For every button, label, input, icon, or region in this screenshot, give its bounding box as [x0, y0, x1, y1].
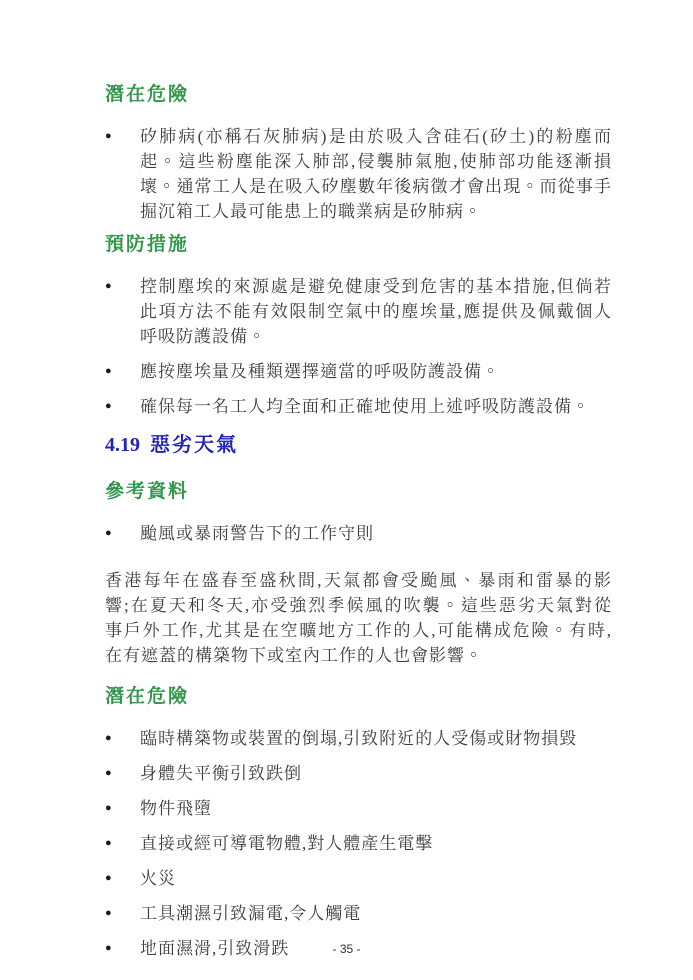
text-line: 物件飛墮	[140, 796, 612, 821]
list-item: ● 直接或經可導電物體,對人體產生電擊	[105, 831, 612, 856]
chapter-number: 4.19	[105, 434, 140, 456]
list-item: ● 矽肺病(亦稱石灰肺病)是由於吸入含硅石(矽土)的粉塵而 起。這些粉塵能深入肺…	[105, 124, 612, 224]
text-line: 事戶外工作,尤其是在空曠地方工作的人,可能構成危險。有時,	[105, 618, 612, 643]
text-line: 工具潮濕引致漏電,令人觸電	[140, 901, 612, 926]
section-heading-potential-hazards-2: 潛在危險	[105, 686, 612, 708]
body-paragraph: 香港每年在盛春至盛秋間,天氣都會受颱風、暴雨和雷暴的影 響;在夏天和冬天,亦受強…	[105, 568, 612, 668]
section-heading-potential-hazards-1: 潛在危險	[105, 84, 612, 106]
chapter-heading-adverse-weather: 4.19惡劣天氣	[105, 433, 612, 457]
bullet-icon: ●	[105, 394, 140, 419]
list-item-text: 火災	[140, 866, 612, 891]
text-line: 火災	[140, 866, 612, 891]
list-item-text: 矽肺病(亦稱石灰肺病)是由於吸入含硅石(矽土)的粉塵而 起。這些粉塵能深入肺部,…	[140, 124, 612, 224]
list-item-text: 物件飛墮	[140, 796, 612, 821]
section-heading-preventive-measures: 預防措施	[105, 234, 612, 256]
text-line: 此項方法不能有效限制空氣中的塵埃量,應提供及佩戴個人	[140, 299, 612, 324]
list-item: ● 颱風或暴雨警告下的工作守則	[105, 521, 612, 546]
text-line: 呼吸防護設備。	[140, 324, 612, 349]
text-line: 直接或經可導電物體,對人體產生電擊	[140, 831, 612, 856]
list-item-text: 颱風或暴雨警告下的工作守則	[140, 521, 612, 546]
text-line: 起。這些粉塵能深入肺部,侵襲肺氣胞,使肺部功能逐漸損	[140, 149, 612, 174]
list-item-text: 臨時構築物或裝置的倒塌,引致附近的人受傷或財物損毀	[140, 726, 612, 751]
list-item-text: 工具潮濕引致漏電,令人觸電	[140, 901, 612, 926]
list-item-text: 控制塵埃的來源處是避免健康受到危害的基本措施,但倘若 此項方法不能有效限制空氣中…	[140, 274, 612, 349]
bullet-icon: ●	[105, 726, 140, 751]
bullet-icon: ●	[105, 124, 140, 224]
text-line: 確保每一名工人均全面和正確地使用上述呼吸防護設備。	[140, 394, 612, 419]
text-line: 應按塵埃量及種類選擇適當的呼吸防護設備。	[140, 359, 612, 384]
section-heading-reference-materials: 參考資料	[105, 481, 612, 503]
list-item: ● 工具潮濕引致漏電,令人觸電	[105, 901, 612, 926]
list-item-text: 應按塵埃量及種類選擇適當的呼吸防護設備。	[140, 359, 612, 384]
bullet-icon: ●	[105, 866, 140, 891]
bullet-icon: ●	[105, 359, 140, 384]
list-item-text: 身體失平衡引致跌倒	[140, 761, 612, 786]
text-line: 響;在夏天和冬天,亦受強烈季候風的吹襲。這些惡劣天氣對從	[105, 593, 612, 618]
list-item-text: 確保每一名工人均全面和正確地使用上述呼吸防護設備。	[140, 394, 612, 419]
bullet-icon: ●	[105, 274, 140, 349]
text-line: 颱風或暴雨警告下的工作守則	[140, 521, 612, 546]
text-line: 掘沉箱工人最可能患上的職業病是矽肺病。	[140, 199, 612, 224]
document-page: 潛在危險 ● 矽肺病(亦稱石灰肺病)是由於吸入含硅石(矽土)的粉塵而 起。這些粉…	[0, 0, 693, 980]
text-line: 臨時構築物或裝置的倒塌,引致附近的人受傷或財物損毀	[140, 726, 612, 751]
chapter-title: 惡劣天氣	[150, 434, 238, 456]
text-line: 香港每年在盛春至盛秋間,天氣都會受颱風、暴雨和雷暴的影	[105, 568, 612, 593]
list-item: ● 臨時構築物或裝置的倒塌,引致附近的人受傷或財物損毀	[105, 726, 612, 751]
page-number: - 35 -	[0, 942, 693, 956]
text-line: 身體失平衡引致跌倒	[140, 761, 612, 786]
list-item: ● 應按塵埃量及種類選擇適當的呼吸防護設備。	[105, 359, 612, 384]
text-line: 壞。通常工人是在吸入矽塵數年後病徵才會出現。而從事手	[140, 174, 612, 199]
text-line: 控制塵埃的來源處是避免健康受到危害的基本措施,但倘若	[140, 274, 612, 299]
bullet-icon: ●	[105, 901, 140, 926]
list-item: ● 身體失平衡引致跌倒	[105, 761, 612, 786]
list-item: ● 物件飛墮	[105, 796, 612, 821]
list-item: ● 確保每一名工人均全面和正確地使用上述呼吸防護設備。	[105, 394, 612, 419]
text-line: 在有遮蓋的構築物下或室內工作的人也會影響。	[105, 643, 612, 668]
list-item: ● 火災	[105, 866, 612, 891]
text-line: 矽肺病(亦稱石灰肺病)是由於吸入含硅石(矽土)的粉塵而	[140, 124, 612, 149]
bullet-icon: ●	[105, 831, 140, 856]
list-item-text: 直接或經可導電物體,對人體產生電擊	[140, 831, 612, 856]
bullet-icon: ●	[105, 796, 140, 821]
list-item: ● 控制塵埃的來源處是避免健康受到危害的基本措施,但倘若 此項方法不能有效限制空…	[105, 274, 612, 349]
bullet-icon: ●	[105, 521, 140, 546]
bullet-icon: ●	[105, 761, 140, 786]
